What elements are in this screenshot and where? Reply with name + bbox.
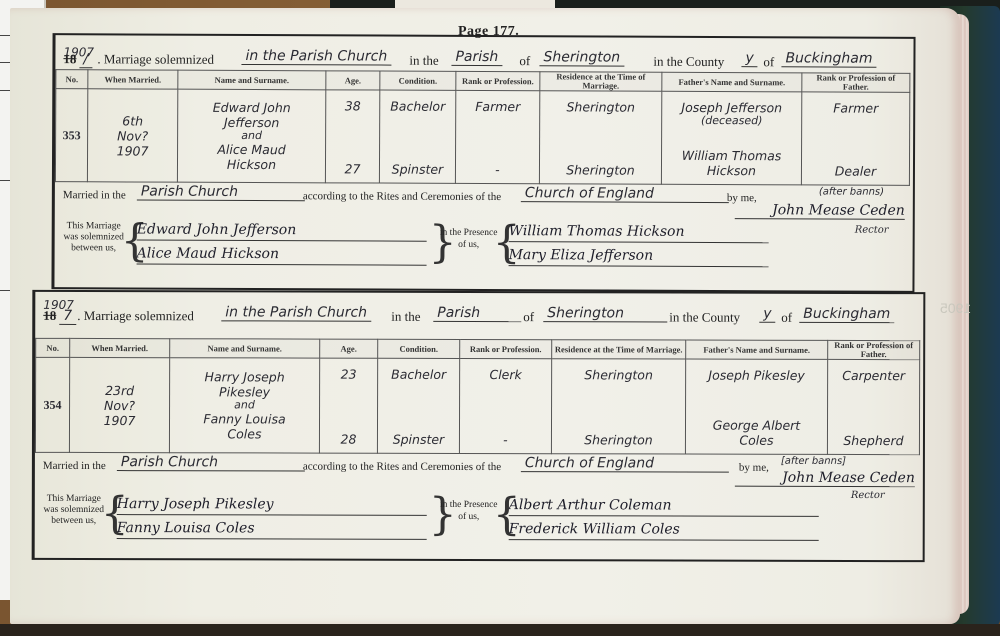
entry-header: 1907 18 7 . Marriage solemnized in the P…	[43, 300, 915, 328]
county-of-label: of	[781, 310, 792, 326]
in-the-label: in the	[409, 53, 438, 69]
col-header-condition: Condition.	[378, 339, 460, 358]
col-header-father-name: Father's Name and Surname.	[686, 340, 828, 359]
bride-condition: Spinster	[380, 432, 457, 453]
county-label: in the County	[653, 54, 724, 70]
married-in-place: Parish Church	[137, 183, 305, 201]
bride-father-line1: George Albert	[688, 418, 825, 433]
in-the-label: in the	[391, 309, 420, 325]
bride-father-profession: Shepherd	[830, 433, 917, 454]
rites-label: according to the Rites and Ceremonies of…	[303, 461, 501, 474]
church-of: Church of England	[521, 455, 729, 473]
rites-label: according to the Rites and Ceremonies of…	[303, 190, 501, 203]
groom-signature: Edward John Jefferson	[137, 221, 427, 241]
groom-father-profession: Carpenter	[830, 360, 917, 383]
date-year: 1907	[90, 143, 175, 158]
col-header-father-name: Father's Name and Surname.	[662, 72, 802, 92]
signatures-block: This Marriage was solemnized between us,…	[61, 217, 905, 277]
groom-name-line1: Edward John	[180, 100, 323, 116]
col-header-name: Name and Surname.	[170, 339, 320, 358]
col-header-profession: Rank or Profession.	[460, 339, 552, 358]
col-header-residence: Residence at the Time of Marriage.	[552, 340, 686, 359]
year-prefix-struck: 18	[63, 51, 76, 67]
table-row: 353 6th Nov? 1907 Edward John Jefferson …	[55, 89, 909, 186]
parish-name: Sherington	[543, 305, 667, 322]
married-in-place: Parish Church	[117, 454, 305, 471]
entry-number: 354	[35, 357, 69, 452]
district-type: Parish	[433, 305, 521, 322]
of-label: of	[523, 309, 534, 325]
profession-cell: Clerk-	[459, 358, 551, 453]
groom-father: Joseph Pikesley	[688, 360, 825, 383]
date-year: 1907	[72, 412, 167, 427]
father-name-cell: Joseph Pikesley George Albert Coles	[685, 359, 827, 454]
conjunction: and	[172, 399, 317, 411]
county-label: in the County	[669, 309, 740, 325]
county-suffix: y	[741, 50, 757, 67]
presence-label: in the Presence of us,	[439, 499, 499, 523]
officiant-signature: John Mease Ceden	[735, 202, 905, 220]
col-header-when-married: When Married.	[88, 70, 178, 89]
year-prefix-struck: 18	[43, 308, 56, 324]
bride-condition: Spinster	[382, 162, 453, 183]
col-header-age: Age.	[320, 339, 378, 358]
father-profession-cell: CarpenterShepherd	[827, 359, 919, 454]
district-type: Parish	[451, 49, 502, 66]
condition-cell: BachelorSpinster	[379, 90, 455, 183]
date-month: Nov?	[90, 128, 175, 143]
register-table: No. When Married. Name and Surname. Age.…	[55, 69, 910, 186]
col-header-name: Name and Surname.	[178, 70, 326, 90]
bride-residence: Sherington	[542, 162, 659, 184]
county-suffix: y	[759, 306, 775, 323]
place-of-marriage: in the Parish Church	[241, 48, 391, 66]
col-header-age: Age.	[326, 71, 380, 90]
residence-cell: SheringtonSherington	[539, 91, 661, 185]
county-of-label: of	[763, 54, 774, 70]
married-in-label: Married in the	[43, 460, 106, 472]
bride-signature: Alice Maud Hickson	[137, 245, 427, 265]
of-label: of	[519, 53, 530, 69]
groom-name-line1: Harry Joseph	[172, 369, 317, 384]
bride-father-line1: William Thomas	[664, 148, 799, 164]
year-suffix: /	[79, 51, 92, 68]
banns-note: [after banns]	[781, 456, 846, 467]
date-day: 23rd	[72, 382, 167, 397]
county-name: Buckingham	[799, 306, 894, 323]
witness-1-signature: William Thomas Hickson	[509, 223, 769, 243]
names-cell: Harry Joseph Pikesley and Fanny Louisa C…	[169, 358, 319, 453]
officiant-signature: John Mease Ceden	[735, 470, 915, 487]
register-table: No. When Married. Name and Surname. Age.…	[35, 338, 920, 455]
groom-condition: Bachelor	[382, 91, 453, 114]
solemnized-between-label: This Marriage was solemnized between us,	[63, 221, 125, 254]
place-of-marriage: in the Parish Church	[221, 304, 371, 321]
parish-name: Sherington	[539, 49, 624, 66]
witness-2-signature: Frederick William Coles	[509, 521, 819, 541]
col-header-residence: Residence at the Time of Marriage.	[540, 72, 662, 92]
entry-header: 1907 18 / . Marriage solemnized in the P…	[63, 43, 905, 73]
entry-number: 353	[55, 89, 87, 182]
year-suffix: 7	[59, 308, 76, 325]
col-header-profession: Rank or Profession.	[456, 71, 540, 90]
conjunction: and	[180, 130, 323, 143]
date-day: 6th	[90, 113, 175, 128]
groom-age: 23	[322, 359, 375, 382]
groom-father-profession: Farmer	[804, 92, 907, 115]
bride-name-line1: Fanny Louisa	[172, 411, 317, 426]
names-cell: Edward John Jefferson and Alice Maud Hic…	[177, 89, 325, 183]
col-header-when-married: When Married.	[70, 338, 170, 357]
bride-signature: Fanny Louisa Coles	[117, 520, 427, 540]
profession-cell: Farmer-	[455, 90, 539, 183]
groom-name-line2: Jefferson	[180, 115, 323, 131]
background-bottom	[0, 624, 1000, 636]
bride-profession: -	[458, 162, 537, 183]
marriage-solemnized-label: . Marriage solemnized	[77, 308, 194, 324]
groom-residence: Sherington	[554, 359, 683, 382]
bride-father-profession: Dealer	[804, 163, 907, 184]
show-through-mark: 1905	[940, 300, 971, 316]
county-name: Buckingham	[781, 50, 876, 67]
groom-father: Joseph Jefferson	[664, 100, 799, 116]
church-of: Church of England	[521, 185, 729, 203]
age-cell: 2328	[319, 358, 377, 453]
groom-residence: Sherington	[542, 91, 659, 115]
groom-name-line2: Pikesley	[172, 384, 317, 399]
col-header-father-profession: Rank or Profession of Father.	[802, 73, 910, 92]
presence-label: in the Presence of us,	[439, 227, 499, 251]
groom-condition: Bachelor	[380, 359, 457, 382]
col-header-father-profession: Rank or Profession of Father.	[828, 340, 920, 359]
marriage-entry-354: 1907 18 7 . Marriage solemnized in the P…	[32, 290, 926, 562]
witness-2-signature: Mary Eliza Jefferson	[509, 247, 769, 267]
col-header-no: No.	[36, 338, 70, 357]
bride-name-line1: Alice Maud	[180, 142, 323, 158]
groom-profession: Clerk	[462, 359, 549, 382]
groom-father-note: (deceased)	[664, 115, 799, 128]
solemnized-between-label: This Marriage was solemnized between us,	[43, 494, 105, 527]
signatures-block: This Marriage was solemnized between us,…	[41, 490, 915, 548]
bride-father-line2: Coles	[688, 433, 825, 448]
residence-cell: SheringtonSherington	[551, 359, 685, 454]
bride-residence: Sherington	[554, 432, 683, 453]
bride-profession: -	[462, 432, 549, 453]
table-row: 354 23rd Nov? 1907 Harry Joseph Pikesley…	[35, 357, 919, 454]
bride-name-line2: Hickson	[180, 157, 323, 173]
father-name-cell: Joseph Jefferson (deceased) William Thom…	[661, 91, 801, 185]
married-in-label: Married in the	[63, 189, 126, 201]
col-header-condition: Condition.	[380, 71, 456, 90]
marriage-solemnized-label: . Marriage solemnized	[97, 51, 214, 68]
bride-name-line2: Coles	[172, 426, 317, 441]
bride-age: 27	[328, 161, 377, 182]
column-headers: No. When Married. Name and Surname. Age.…	[36, 338, 920, 359]
bride-father-line2: Hickson	[664, 163, 799, 179]
bride-age: 28	[322, 432, 375, 453]
father-profession-cell: FarmerDealer	[801, 92, 909, 185]
date-month: Nov?	[72, 397, 167, 412]
date-cell: 23rd Nov? 1907	[69, 357, 169, 452]
groom-age: 38	[328, 90, 377, 113]
marriage-entry-353: 1907 18 / . Marriage solemnized in the P…	[51, 33, 915, 293]
groom-profession: Farmer	[458, 91, 537, 114]
condition-cell: BachelorSpinster	[377, 358, 459, 453]
banns-note: (after banns)	[819, 186, 884, 197]
groom-signature: Harry Joseph Pikesley	[117, 496, 427, 516]
date-cell: 6th Nov? 1907	[87, 89, 177, 182]
witness-1-signature: Albert Arthur Coleman	[509, 497, 819, 517]
col-header-no: No.	[56, 70, 88, 89]
age-cell: 3827	[325, 90, 379, 183]
